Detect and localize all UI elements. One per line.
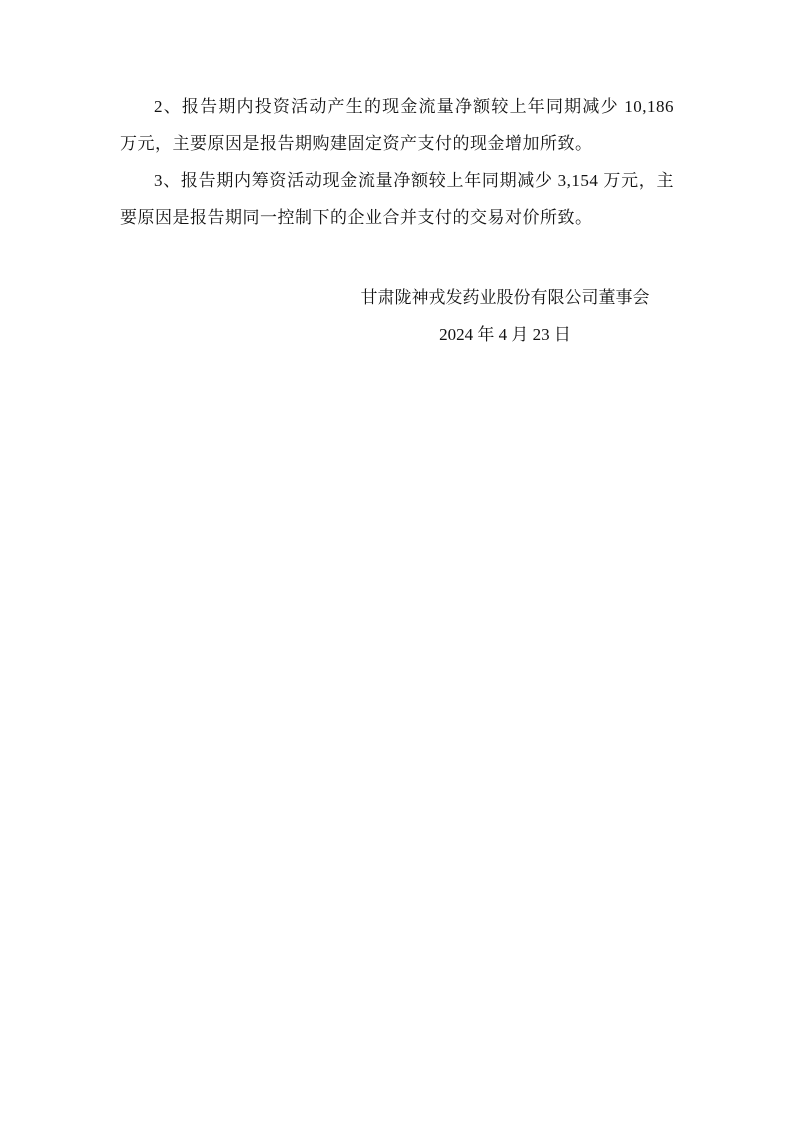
signature-block: 甘肃陇神戎发药业股份有限公司董事会 2024 年 4 月 23 日 [336, 279, 674, 353]
signature-date: 2024 年 4 月 23 日 [336, 316, 674, 353]
document-page: 2、报告期内投资活动产生的现金流量净额较上年同期减少 10,186 万元，主要原… [0, 0, 794, 1122]
paragraph-investing-cashflow: 2、报告期内投资活动产生的现金流量净额较上年同期减少 10,186 万元，主要原… [120, 88, 674, 162]
company-signature: 甘肃陇神戎发药业股份有限公司董事会 [336, 279, 674, 316]
paragraph-financing-cashflow: 3、报告期内筹资活动现金流量净额较上年同期减少 3,154 万元，主要原因是报告… [120, 162, 674, 236]
